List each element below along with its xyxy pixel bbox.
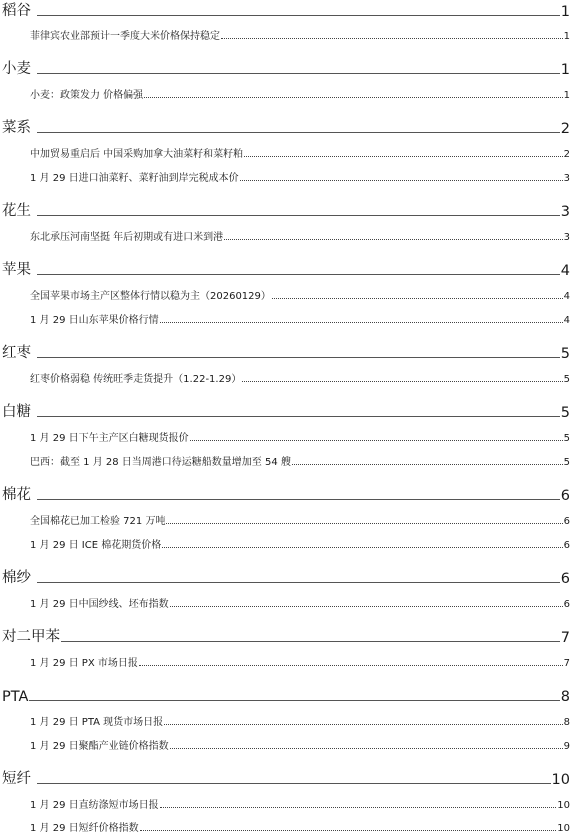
dotted-leader [190,440,563,441]
dotted-leader [139,665,563,666]
item-page-number: 6 [564,599,570,610]
underline-leader [37,73,560,74]
dotted-leader [292,464,563,465]
item-title: 1 月 29 日短纤价格指数 [30,819,139,834]
toc-item[interactable]: 1 月 29 日山东苹果价格行情 4 [30,312,570,326]
toc-section-rapeseed[interactable]: 菜系 2 [2,117,570,137]
item-title: 东北承压河南坚挺 年后初期或有进口米到港 [30,228,223,243]
section-title: 短纤 [2,767,31,788]
section-title: 对二甲苯 [2,625,60,646]
toc-item[interactable]: 1 月 29 日直纺涤短市场日报 10 [30,797,570,811]
section-title: 棉纱 [2,566,31,587]
item-title: 1 月 29 日聚酯产业链价格指数 [30,737,169,752]
dotted-leader [162,547,562,548]
dotted-leader [170,606,563,607]
item-page-number: 2 [564,149,570,160]
item-title: 全国棉花已加工检验 721 万吨 [30,512,165,527]
item-page-number: 6 [564,540,570,551]
underline-leader [37,274,560,275]
toc-section-wheat[interactable]: 小麦 1 [2,58,570,78]
section-title: 小麦 [2,57,31,78]
toc-item[interactable]: 1 月 29 日 ICE 棉花期货价格 6 [30,537,570,551]
dotted-leader [221,38,563,39]
table-of-contents: 稻谷 1 菲律宾农业部预计一季度大米价格保持稳定 1 小麦 1 小麦：政策发力 … [0,0,575,835]
item-page-number: 4 [564,315,570,326]
item-title: 1 月 29 日 PTA 现货市场日报 [30,713,163,728]
item-title: 红枣价格弱稳 传统旺季走货提升（1.22-1.29） [30,370,241,385]
toc-item[interactable]: 1 月 29 日聚酯产业链价格指数 9 [30,738,570,752]
dotted-leader [224,239,562,240]
dotted-leader [164,724,562,725]
section-page-number: 5 [561,346,570,362]
item-page-number: 4 [564,291,570,302]
section-page-number: 6 [561,571,570,587]
toc-item[interactable]: 1 月 29 日下午主产区白糖现货报价 5 [30,430,570,444]
section-page-number: 7 [561,630,570,646]
toc-item[interactable]: 1 月 29 日 PTA 现货市场日报 8 [30,714,570,728]
dotted-leader [140,830,557,831]
toc-section-sugar[interactable]: 白糖 5 [2,401,570,421]
item-page-number: 5 [564,457,570,468]
toc-section-red-dates[interactable]: 红枣 5 [2,342,570,362]
item-title: 1 月 29 日 PX 市场日报 [30,654,138,669]
dotted-leader [166,523,562,524]
toc-section-cotton-yarn[interactable]: 棉纱 6 [2,567,570,587]
toc-item[interactable]: 全国苹果市场主产区整体行情以稳为主（20260129） 4 [30,288,570,302]
dotted-leader [160,807,557,808]
item-title: 小麦：政策发力 价格偏强 [30,86,143,101]
dotted-leader [160,322,563,323]
underline-leader [29,700,559,701]
toc-item[interactable]: 中加贸易重启后 中国采购加拿大油菜籽和菜籽粕 2 [30,146,570,160]
section-page-number: 8 [561,689,570,705]
section-page-number: 10 [552,772,570,788]
item-page-number: 7 [564,658,570,669]
item-page-number: 6 [564,516,570,527]
toc-item[interactable]: 1 月 29 日中国纱线、坯布指数 6 [30,596,570,610]
toc-section-staple-fiber[interactable]: 短纤 10 [2,768,570,788]
underline-leader [37,132,560,133]
item-page-number: 10 [557,800,570,811]
item-title: 1 月 29 日进口油菜籽、菜籽油到岸完税成本价 [30,169,239,184]
underline-leader [37,416,560,417]
dotted-leader [244,156,562,157]
underline-leader [37,499,560,500]
toc-item[interactable]: 菲律宾农业部预计一季度大米价格保持稳定 1 [30,28,570,42]
section-title: 白糖 [2,400,31,421]
section-page-number: 1 [561,4,570,20]
item-title: 巴西：截至 1 月 28 日当周港口待运糖船数量增加至 54 艘 [30,453,291,468]
item-title: 1 月 29 日直纺涤短市场日报 [30,796,159,811]
toc-section-cotton[interactable]: 棉花 6 [2,484,570,504]
item-page-number: 5 [564,433,570,444]
item-title: 1 月 29 日 ICE 棉花期货价格 [30,536,161,551]
section-page-number: 2 [561,121,570,137]
toc-item[interactable]: 东北承压河南坚挺 年后初期或有进口米到港 3 [30,229,570,243]
item-page-number: 8 [564,717,570,728]
item-title: 菲律宾农业部预计一季度大米价格保持稳定 [30,27,220,42]
section-page-number: 1 [561,62,570,78]
section-title: 红枣 [2,341,31,362]
toc-item[interactable]: 红枣价格弱稳 传统旺季走货提升（1.22-1.29） 5 [30,371,570,385]
toc-item[interactable]: 1 月 29 日短纤价格指数 10 [30,820,570,834]
item-title: 1 月 29 日中国纱线、坯布指数 [30,595,169,610]
toc-item[interactable]: 1 月 29 日 PX 市场日报 7 [30,655,570,669]
item-page-number: 1 [564,90,570,101]
item-title: 1 月 29 日山东苹果价格行情 [30,311,159,326]
section-title: 菜系 [2,116,31,137]
item-page-number: 10 [557,823,570,834]
item-title: 1 月 29 日下午主产区白糖现货报价 [30,429,189,444]
toc-item[interactable]: 全国棉花已加工检验 721 万吨 6 [30,513,570,527]
section-page-number: 6 [561,488,570,504]
item-page-number: 1 [564,31,570,42]
underline-leader [61,641,560,642]
toc-section-rice[interactable]: 稻谷 1 [2,0,570,20]
item-title: 全国苹果市场主产区整体行情以稳为主（20260129） [30,287,271,302]
section-title: PTA [2,689,28,705]
dotted-leader [242,381,562,382]
item-page-number: 3 [564,173,570,184]
item-page-number: 9 [564,741,570,752]
toc-section-pta[interactable]: PTA 8 [2,685,570,705]
dotted-leader [272,298,563,299]
toc-item[interactable]: 巴西：截至 1 月 28 日当周港口待运糖船数量增加至 54 艘 5 [30,454,570,468]
toc-section-paraxylene[interactable]: 对二甲苯 7 [2,626,570,646]
dotted-leader [170,748,563,749]
underline-leader [37,783,551,784]
section-title: 苹果 [2,258,31,279]
section-title: 花生 [2,199,31,220]
underline-leader [37,15,560,16]
dotted-leader [144,97,562,98]
underline-leader [37,357,560,358]
toc-section-peanut[interactable]: 花生 3 [2,200,570,220]
toc-item[interactable]: 小麦：政策发力 价格偏强 1 [30,87,570,101]
dotted-leader [240,180,563,181]
section-title: 棉花 [2,483,31,504]
item-page-number: 5 [564,374,570,385]
section-page-number: 3 [561,204,570,220]
section-page-number: 4 [561,263,570,279]
underline-leader [37,215,560,216]
item-title: 中加贸易重启后 中国采购加拿大油菜籽和菜籽粕 [30,145,243,160]
section-page-number: 5 [561,405,570,421]
section-title: 稻谷 [2,0,31,20]
toc-item[interactable]: 1 月 29 日进口油菜籽、菜籽油到岸完税成本价 3 [30,170,570,184]
underline-leader [37,582,560,583]
toc-section-apple[interactable]: 苹果 4 [2,259,570,279]
item-page-number: 3 [564,232,570,243]
